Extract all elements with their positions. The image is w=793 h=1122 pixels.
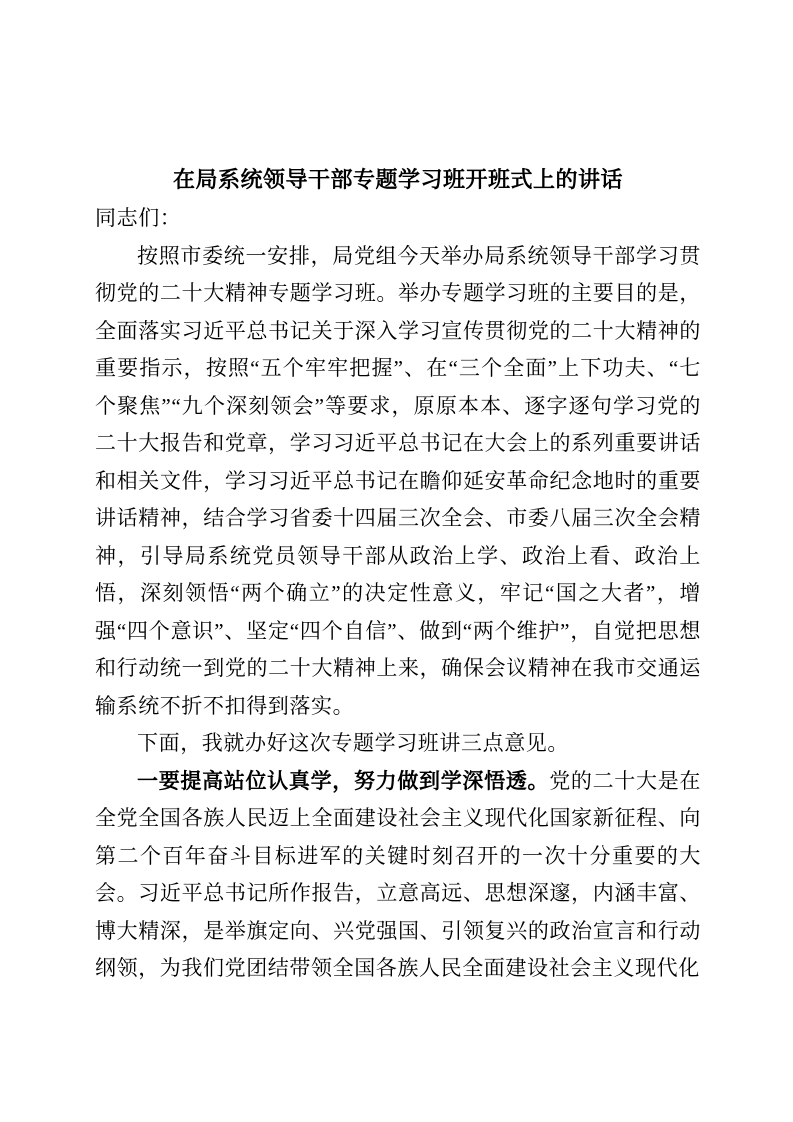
paragraph-2-text: 下面，我就办好这次专题学习班讲三点意见。 bbox=[137, 731, 569, 755]
paragraph-2: 下面，我就办好这次专题学习班讲三点意见。 bbox=[95, 725, 701, 763]
document-title: 在局系统领导干部专题学习班开班式上的讲话 bbox=[95, 160, 701, 200]
paragraph-3: 一要提高站位认真学，努力做到学深悟透。党的二十大是在全党全国各族人民迈上全面建设… bbox=[95, 763, 701, 988]
paragraph-1-text: 按照市委统一安排，局党组今天举办局系统领导干部学习贯彻党的二十大精神专题学习班。… bbox=[95, 244, 701, 718]
document-content: 在局系统领导干部专题学习班开班式上的讲话 同志们： 按照市委统一安排，局党组今天… bbox=[95, 160, 701, 988]
paragraph-3-text: 党的二十大是在全党全国各族人民迈上全面建设社会主义现代化国家新征程、向第二个百年… bbox=[95, 769, 701, 981]
salutation: 同志们： bbox=[95, 200, 701, 238]
paragraph-3-bold-lead: 一要提高站位认真学，努力做到学深悟透。 bbox=[137, 769, 549, 793]
paragraph-1: 按照市委统一安排，局党组今天举办局系统领导干部学习贯彻党的二十大精神专题学习班。… bbox=[95, 238, 701, 726]
document-page: 在局系统领导干部专题学习班开班式上的讲话 同志们： 按照市委统一安排，局党组今天… bbox=[0, 0, 793, 1122]
